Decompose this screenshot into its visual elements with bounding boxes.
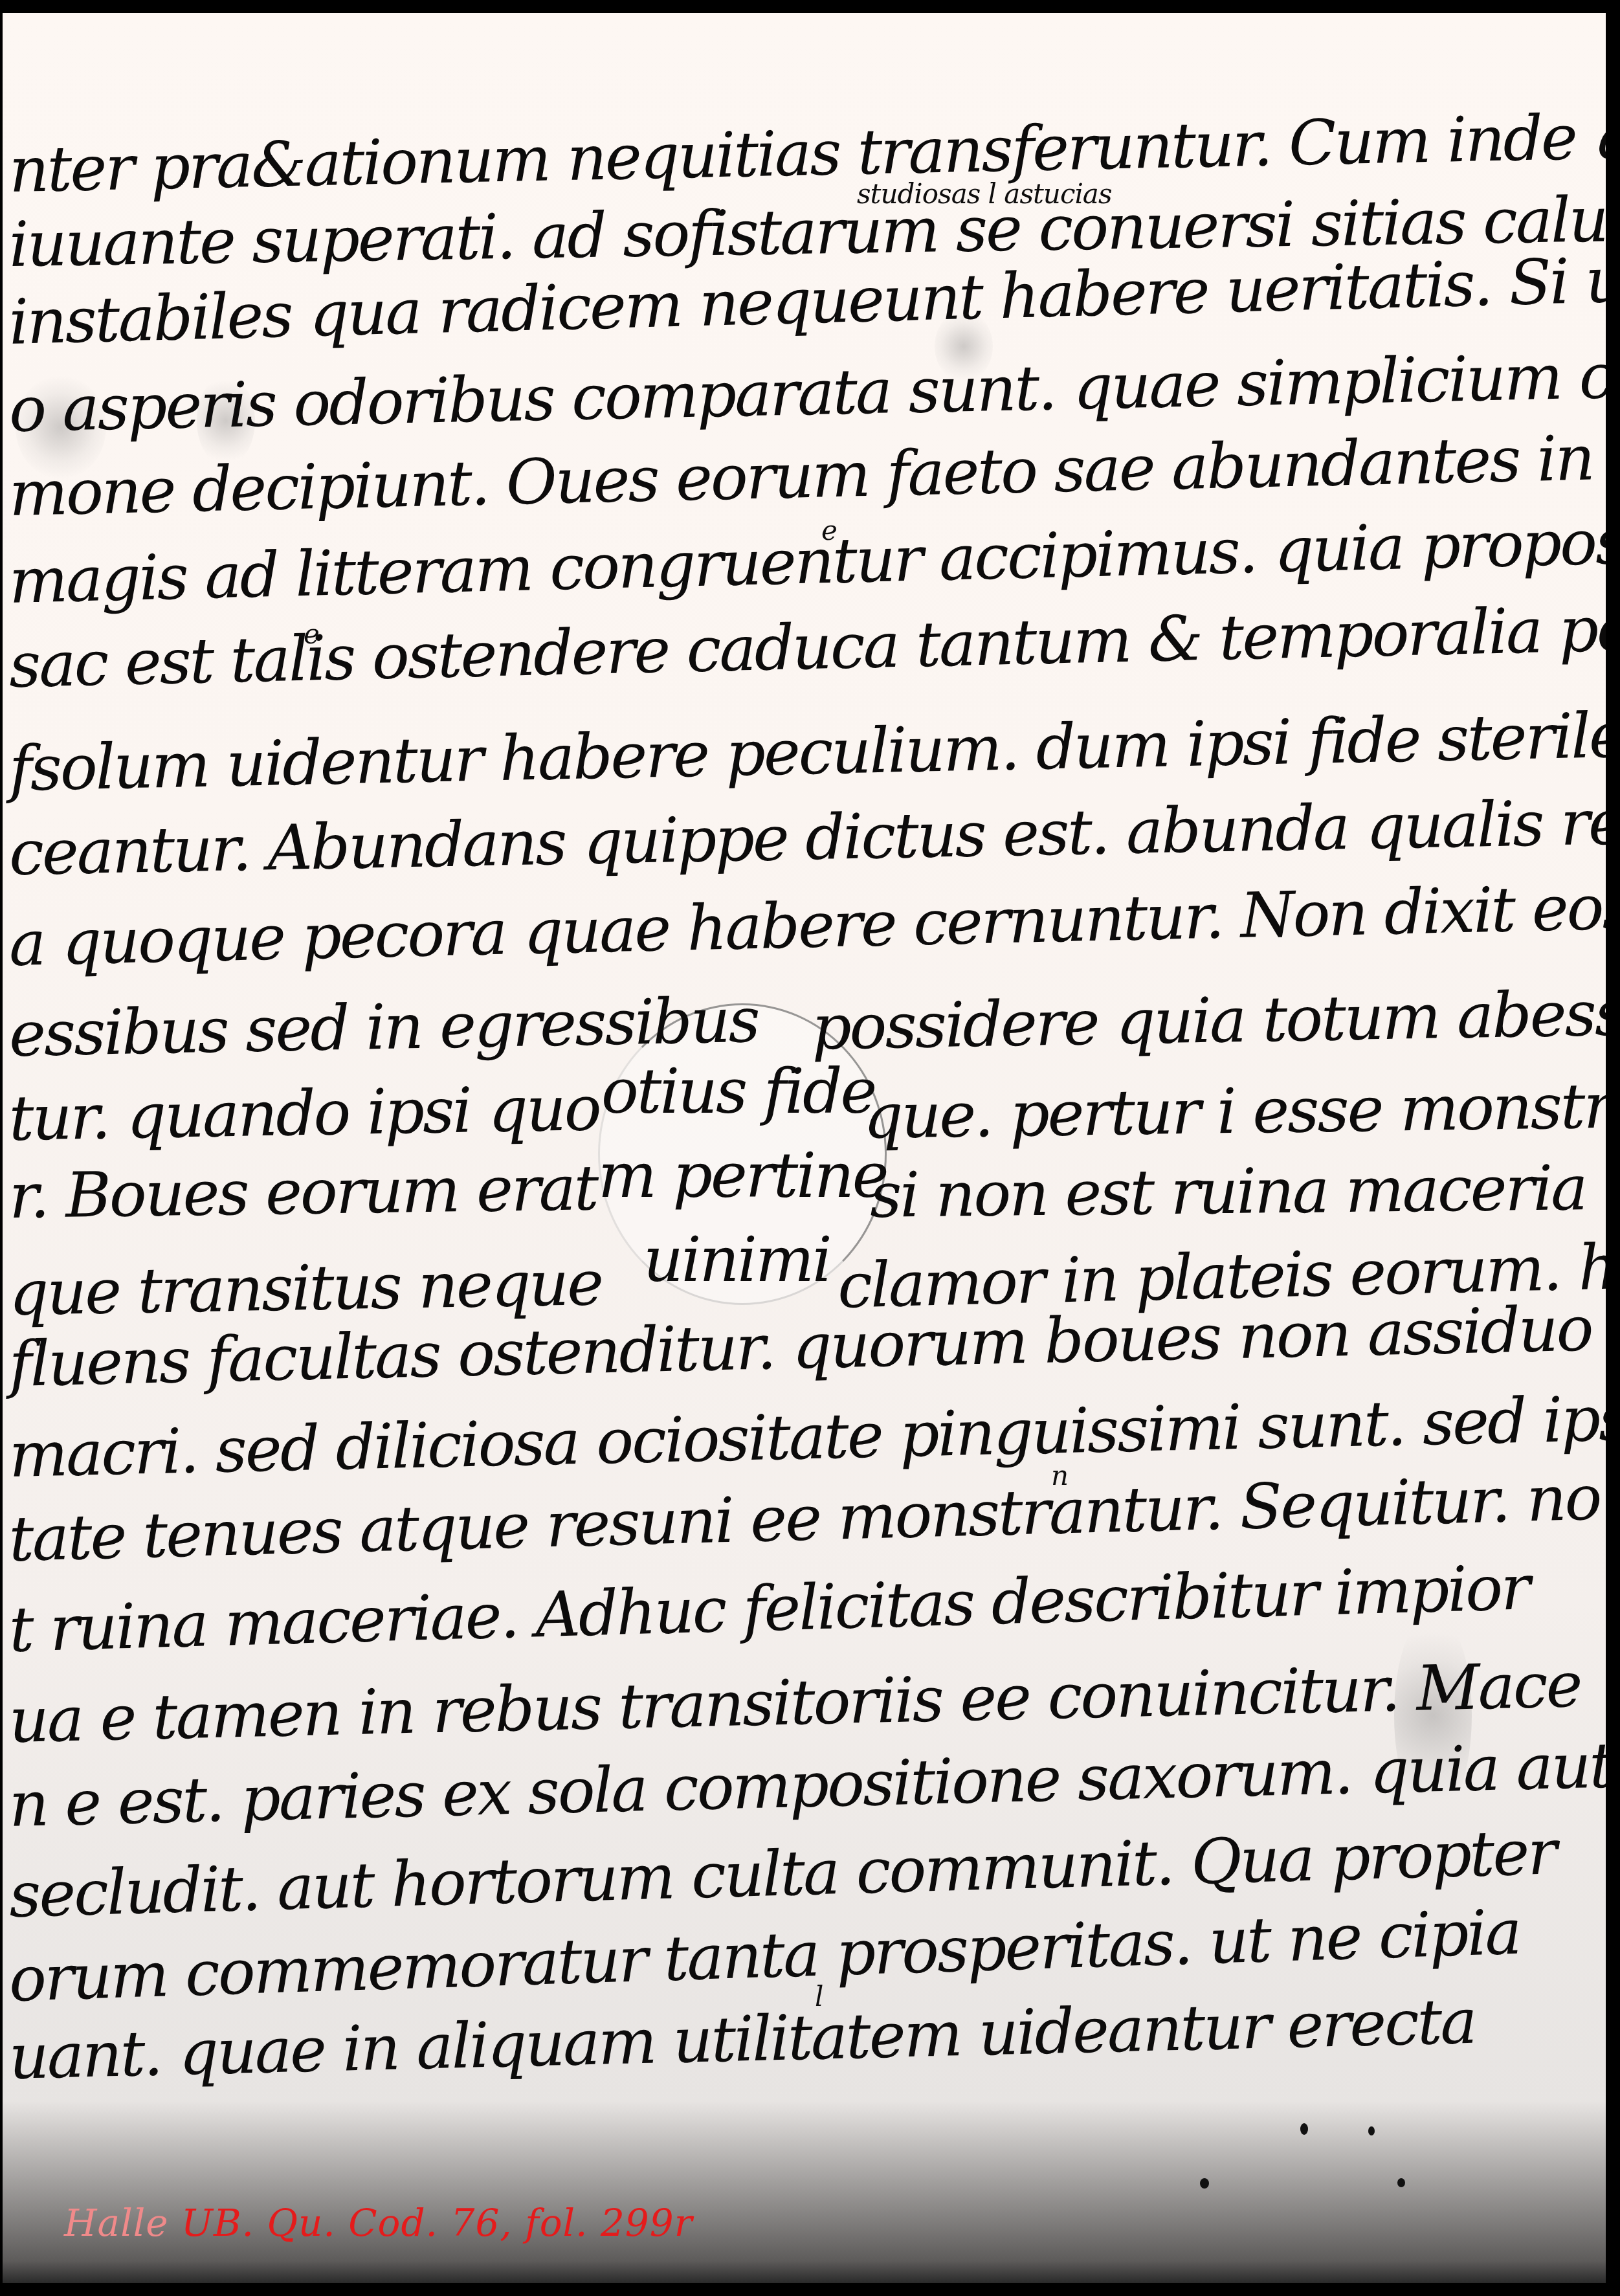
text-line-13-left: r. Boues eorum erat (8, 1157, 597, 1227)
ink-dot (1200, 2178, 1209, 2189)
caption-text: UB. Qu. Cod. 76, fol. 299r (181, 2201, 693, 2245)
hole-fragment: otius fide (601, 1055, 875, 1128)
ink-dot (1397, 2178, 1405, 2187)
hole-fragment: m pertine (598, 1139, 887, 1212)
text-line-8: fsolum uidentur habere peculium. dum ips… (8, 700, 1606, 800)
text-line-4: o asperis odoribus comparata sunt. quae … (8, 340, 1606, 441)
text-line-13-right: si non est ruina maceria (869, 1152, 1586, 1232)
library-shelfmark-caption: Halle UB. Qu. Cod. 76, fol. 299r (64, 2201, 693, 2245)
ink-dot (1300, 2123, 1308, 2135)
text-line-11-right: possidere quia totum abesse (811, 977, 1606, 1064)
text-line-1: nter pra&ationum nequitias transferuntur… (8, 100, 1606, 201)
caption-smudged-prefix: Halle (64, 2201, 169, 2245)
ink-dot (1368, 2126, 1375, 2135)
text-line-12-left: tur. quando ipsi quo (8, 1077, 600, 1150)
text-line-11-left: essibus sed in egressibus (8, 989, 759, 1065)
text-line-10: a quoque pecora quae habere cernuntur. N… (8, 873, 1606, 975)
manuscript-page: nter pra&ationum nequitias transferuntur… (3, 13, 1606, 2283)
text-line-12-right: que. pertur i esse monstran (863, 1069, 1606, 1153)
hole-fragment: uinimi (643, 1223, 830, 1296)
text-line-18: t ruina maceriae. Adhuc felicitas descri… (8, 1556, 1529, 1661)
text-line-9: ceantur. Abundans quippe dictus est. abu… (8, 788, 1606, 884)
text-line-14-left: que transitus neque (8, 1252, 603, 1324)
